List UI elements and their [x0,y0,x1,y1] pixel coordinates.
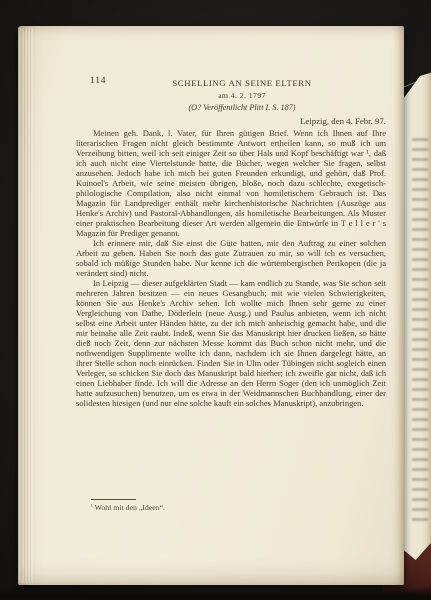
facing-page-edge [404,72,431,560]
letter-heading-date: am 4. 2. 1797 [87,91,397,100]
footnote-marker: ¹ [91,504,93,510]
footnote: ¹ Wohl mit den „Ideen“. [91,499,386,512]
bottom-shadow [0,586,431,600]
letter-paragraph: Ich erinnere mir, daß Sie einst die Güte… [76,238,386,278]
page-stack-edge [18,28,33,583]
footnote-text: Wohl mit den „Ideen“. [95,503,165,512]
letter-heading: SCHELLING AN SEINE ELTERN am 4. 2. 1797 … [87,78,397,112]
letter-heading-source: (O? Veröffentlicht Plitt I. S. 187) [87,103,397,112]
ghost-text-showthrough [412,138,428,524]
letter-paragraph: In Leipzig — dieser aufgeklärten Stadt —… [76,278,386,408]
letter-body: Meinen geh. Dank, l. Vater, für Ihren gü… [76,128,386,408]
footnote-rule [91,499,136,500]
letter-dateline: Leipzig, den 4. Febr. 97. [76,116,386,126]
book-page: 114 SCHELLING AN SEINE ELTERN am 4. 2. 1… [18,26,404,585]
letter-paragraph: Meinen geh. Dank, l. Vater, für Ihren gü… [76,128,386,238]
book-photo: 114 SCHELLING AN SEINE ELTERN am 4. 2. 1… [0,0,431,600]
letter-heading-title: SCHELLING AN SEINE ELTERN [87,78,397,88]
